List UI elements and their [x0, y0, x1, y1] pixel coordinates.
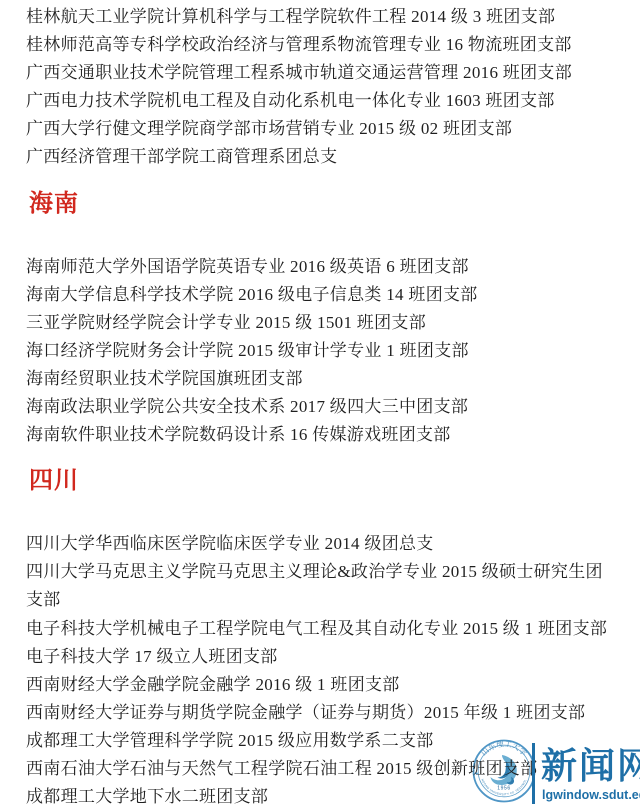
list-item-line: 成都理工大学地下水二班团支部	[26, 783, 614, 808]
list-item: 四川大学华西临床医学院临床医学专业 2014 级团总支	[26, 530, 614, 558]
list-item-line: 海口经济学院财务会计学院 2015 级审计学专业 1 班团支部	[26, 337, 614, 365]
list-item: 成都理工大学地下水二班团支部	[26, 783, 614, 808]
list-item-line: 支部	[26, 586, 614, 614]
list-item-line: 广西交通职业技术学院管理工程系城市轨道交通运营管理 2016 班团支部	[26, 59, 614, 87]
list-item-line: 桂林师范高等专科学校政治经济与管理系物流管理专业 16 物流班团支部	[26, 31, 614, 59]
list-item-line: 广西经济管理干部学院工商管理系团总支	[26, 143, 614, 171]
list-item: 海南经贸职业技术学院国旗班团支部	[26, 365, 614, 393]
section-header: 四川	[29, 464, 614, 498]
watermark-divider	[532, 743, 535, 804]
list-item: 广西大学行健文理学院商学部市场营销专业 2015 级 02 班团支部	[26, 115, 614, 143]
list-item: 海南政法职业学院公共安全技术系 2017 级四大三中团支部	[26, 393, 614, 421]
list-item-line: 西南财经大学证券与期货学院金融学（证券与期货）2015 年级 1 班团支部	[26, 699, 614, 727]
list-item-line: 海南师范大学外国语学院英语专业 2016 级英语 6 班团支部	[26, 253, 614, 281]
list-item: 三亚学院财经学院会计学专业 2015 级 1501 班团支部	[26, 309, 614, 337]
list-item: 海口经济学院财务会计学院 2015 级审计学专业 1 班团支部	[26, 337, 614, 365]
news-site-logo-text: 新闻网	[541, 747, 640, 785]
list-item: 海南软件职业技术学院数码设计系 16 传媒游戏班团支部	[26, 421, 614, 449]
list-item-line: 桂林航天工业学院计算机科学与工程学院软件工程 2014 级 3 班团支部	[26, 3, 614, 31]
list-item-line: 广西电力技术学院机电工程及自动化系机电一体化专业 1603 班团支部	[26, 87, 614, 115]
list-item: 四川大学马克思主义学院马克思主义理论&政治学专业 2015 级硕士研究生团支部	[26, 558, 614, 614]
list-item: 广西交通职业技术学院管理工程系城市轨道交通运营管理 2016 班团支部	[26, 59, 614, 87]
list-item: 海南师范大学外国语学院英语专业 2016 级英语 6 班团支部	[26, 253, 614, 281]
list-item-line: 海南大学信息科学技术学院 2016 级电子信息类 14 班团支部	[26, 281, 614, 309]
list-item: 西南石油大学石油与天然气工程学院石油工程 2015 级创新班团支部	[26, 755, 614, 783]
list-item-line: 西南财经大学金融学院金融学 2016 级 1 班团支部	[26, 671, 614, 699]
list-item-line: 成都理工大学管理科学学院 2015 级应用数学系二支部	[26, 727, 614, 755]
list-item: 广西经济管理干部学院工商管理系团总支	[26, 143, 614, 171]
list-item: 西南财经大学金融学院金融学 2016 级 1 班团支部	[26, 671, 614, 699]
list-item: 桂林航天工业学院计算机科学与工程学院软件工程 2014 级 3 班团支部	[26, 3, 614, 31]
list-item-line: 电子科技大学 17 级立人班团支部	[26, 643, 614, 671]
list-item-line: 广西大学行健文理学院商学部市场营销专业 2015 级 02 班团支部	[26, 115, 614, 143]
list-item-line: 电子科技大学机械电子工程学院电气工程及其自动化专业 2015 级 1 班团支部	[26, 615, 614, 643]
list-item: 广西电力技术学院机电工程及自动化系机电一体化专业 1603 班团支部	[26, 87, 614, 115]
list-item-line: 西南石油大学石油与天然气工程学院石油工程 2015 级创新班团支部	[26, 755, 614, 783]
list-item: 电子科技大学机械电子工程学院电气工程及其自动化专业 2015 级 1 班团支部	[26, 615, 614, 643]
list-item: 西南财经大学证券与期货学院金融学（证券与期货）2015 年级 1 班团支部	[26, 699, 614, 727]
list-item: 成都理工大学管理科学学院 2015 级应用数学系二支部	[26, 727, 614, 755]
list-item-line: 四川大学华西临床医学院临床医学专业 2014 级团总支	[26, 530, 614, 558]
section-header: 海南	[29, 187, 614, 221]
list-item-line: 海南经贸职业技术学院国旗班团支部	[26, 365, 614, 393]
list-item-line: 四川大学马克思主义学院马克思主义理论&政治学专业 2015 级硕士研究生团	[26, 558, 614, 586]
list-item: 海南大学信息科学技术学院 2016 级电子信息类 14 班团支部	[26, 281, 614, 309]
list-item-line: 海南政法职业学院公共安全技术系 2017 级四大三中团支部	[26, 393, 614, 421]
list-item: 电子科技大学 17 级立人班团支部	[26, 643, 614, 671]
list-item: 桂林师范高等专科学校政治经济与管理系物流管理专业 16 物流班团支部	[26, 31, 614, 59]
news-site-url: lgwindow.sdut.edu.cn	[542, 788, 640, 802]
list-item-line: 海南软件职业技术学院数码设计系 16 传媒游戏班团支部	[26, 421, 614, 449]
list-item-line: 三亚学院财经学院会计学专业 2015 级 1501 班团支部	[26, 309, 614, 337]
branch-list: 桂林航天工业学院计算机科学与工程学院软件工程 2014 级 3 班团支部桂林师范…	[0, 0, 640, 808]
